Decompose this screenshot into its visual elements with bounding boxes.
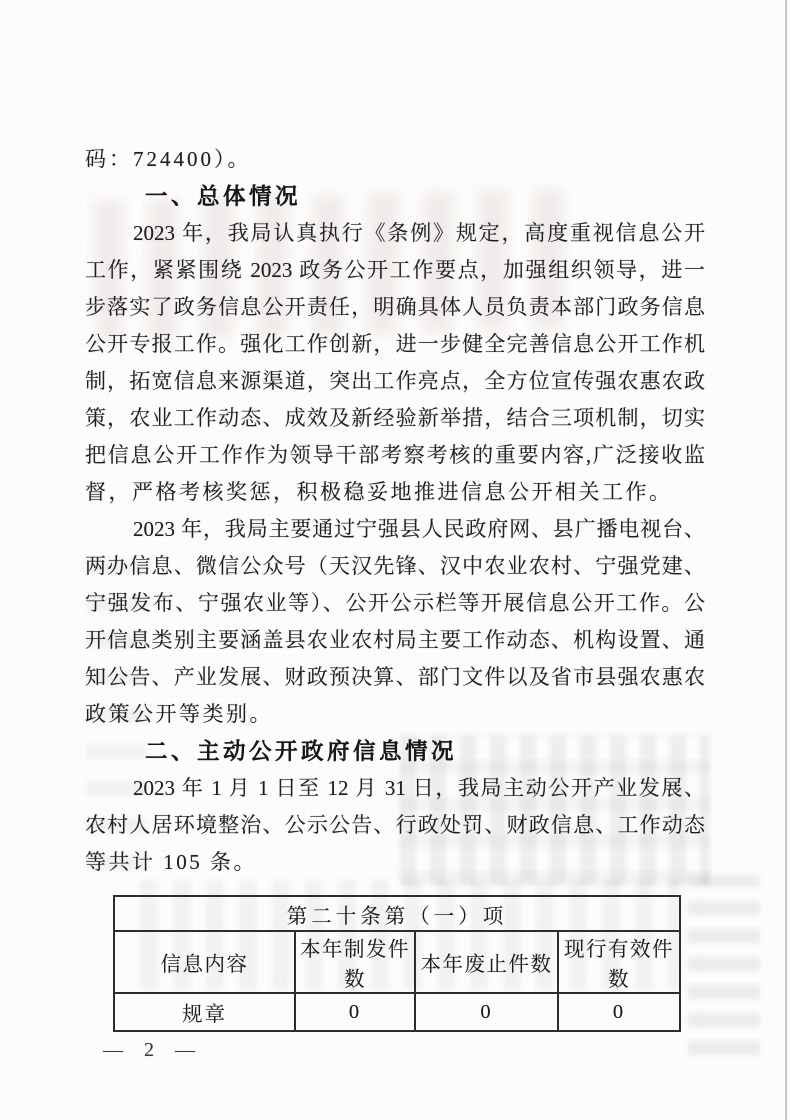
paragraph-overall-2: 2023 年，我局主要通过宁强县人民政府网、县广播电视台、两办信息、微信公众号（… <box>85 511 705 733</box>
text-line: 公开专报工作。强化工作创新，进一步健全完善信息公开工作机 <box>85 326 705 363</box>
text-line: 宁强发布、宁强农业等）、公开公示栏等开展信息公开工作。公 <box>85 585 705 622</box>
cell-issued-count: 0 <box>295 993 415 1031</box>
text-line: 等共计 105 条。 <box>85 844 705 881</box>
text-line: 步落实了政务信息公开责任，明确具体人员负责本部门政务信息 <box>85 289 705 326</box>
table-row: 规章 0 0 0 <box>114 993 680 1031</box>
text-line: 督，严格考核奖惩，积极稳妥地推进信息公开相关工作。 <box>85 474 705 511</box>
text-line: 2023 年，我局认真执行《条例》规定，高度重视信息公开 <box>85 215 705 252</box>
cell-category: 规章 <box>114 993 295 1031</box>
text-line: 策，农业工作动态、成效及新经验新举措，结合三项机制，切实 <box>85 400 705 437</box>
scanned-document-page: 码：724400）。 一、总体情况 2023 年，我局认真执行《条例》规定，高度… <box>0 0 790 1120</box>
text-line: 政策公开等类别。 <box>85 696 705 733</box>
section-heading-proactive-disclosure: 二、主动公开政府信息情况 <box>85 733 705 770</box>
text-line: 2023 年，我局主要通过宁强县人民政府网、县广播电视台、 <box>85 511 705 548</box>
disclosure-statistics-table: 第二十条第（一）项 信息内容 本年制发件数 本年废止件数 现行有效件数 规章 0… <box>113 895 681 1032</box>
text-line: 2023 年 1 月 1 日至 12 月 31 日，我局主动公开产业发展、 <box>85 770 705 807</box>
text-line: 两办信息、微信公众号（天汉先锋、汉中农业农村、宁强党建、 <box>85 548 705 585</box>
text-line: 工作，紧紧围绕 2023 政务公开工作要点，加强组织领导，进一 <box>85 252 705 289</box>
table-title: 第二十条第（一）项 <box>114 896 680 931</box>
text-line: 开信息类别主要涵盖县农业农村局主要工作动态、机构设置、通 <box>85 622 705 659</box>
text-line: 把信息公开工作作为领导干部考察考核的重要内容,广泛接收监 <box>85 437 705 474</box>
text-line: 农村人居环境整治、公示公告、行政处罚、财政信息、工作动态 <box>85 807 705 844</box>
cell-effective-count: 0 <box>558 993 680 1031</box>
page-edge-line <box>785 0 787 1120</box>
page-number: — 2 — <box>103 1039 197 1062</box>
table-title-row: 第二十条第（一）项 <box>114 896 680 931</box>
table-header-row: 信息内容 本年制发件数 本年废止件数 现行有效件数 <box>114 931 680 993</box>
column-header-info-content: 信息内容 <box>114 931 295 993</box>
document-body: 码：724400）。 一、总体情况 2023 年，我局认真执行《条例》规定，高度… <box>85 141 705 1032</box>
section-heading-overall-situation: 一、总体情况 <box>85 178 705 215</box>
text-line: 制，拓宽信息来源渠道，突出工作亮点，全方位宣传强农惠农政 <box>85 363 705 400</box>
text-line: 知公告、产业发展、财政预决算、部门文件以及省市县强农惠农 <box>85 659 705 696</box>
column-header-issued-this-year: 本年制发件数 <box>295 931 415 993</box>
paragraph-disclosure-1: 2023 年 1 月 1 日至 12 月 31 日，我局主动公开产业发展、农村人… <box>85 770 705 881</box>
paragraph-overall-1: 2023 年，我局认真执行《条例》规定，高度重视信息公开工作，紧紧围绕 2023… <box>85 215 705 511</box>
column-header-currently-effective: 现行有效件数 <box>558 931 680 993</box>
column-header-repealed-this-year: 本年废止件数 <box>415 931 558 993</box>
continuation-line: 码：724400）。 <box>85 141 705 178</box>
cell-repealed-count: 0 <box>415 993 558 1031</box>
